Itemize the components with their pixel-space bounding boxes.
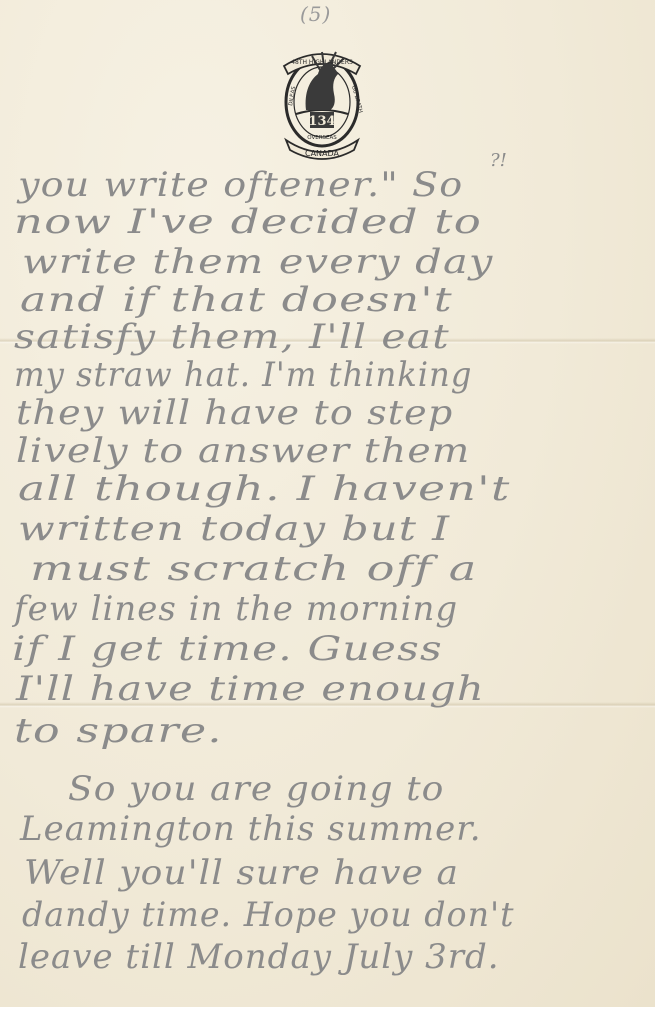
- letter-line: lively to answer them: [16, 434, 470, 468]
- letter-line: to spare.: [14, 714, 223, 748]
- svg-text:GU BRATH: GU BRATH: [350, 85, 363, 114]
- letter-line: now I've decided to: [14, 205, 482, 239]
- letter-line: must scratch off a: [30, 552, 478, 586]
- interlinear-mark: ?!: [490, 150, 507, 171]
- letter-line: dandy time. Hope you don't: [22, 898, 515, 932]
- svg-text:CANADA: CANADA: [305, 149, 340, 158]
- letter-line: and if that doesn't: [20, 283, 453, 317]
- svg-text:DILEAS: DILEAS: [288, 85, 297, 106]
- letter-page: (5) 134 48TH HIGHLANDERS CANADA OVERSEAS…: [0, 0, 655, 1007]
- letter-line: all though. I haven't: [18, 472, 511, 506]
- letter-line: few lines in the morning: [14, 592, 458, 626]
- regimental-crest-icon: 134 48TH HIGHLANDERS CANADA OVERSEAS DIL…: [276, 44, 368, 162]
- letter-line: they will have to step: [16, 396, 453, 430]
- page-number: (5): [300, 2, 331, 26]
- letter-line: Well you'll sure have a: [24, 856, 459, 890]
- svg-text:48TH HIGHLANDERS: 48TH HIGHLANDERS: [291, 59, 353, 66]
- letter-line: my straw hat. I'm thinking: [14, 358, 472, 392]
- svg-text:134: 134: [308, 114, 335, 129]
- letter-line: So you are going to: [68, 772, 444, 806]
- letter-line: if I get time. Guess: [12, 632, 443, 666]
- letter-line: you write oftener." So: [18, 168, 463, 202]
- letter-line: satisfy them, I'll eat: [14, 320, 450, 354]
- letter-line: Leamington this summer.: [20, 812, 482, 846]
- letter-line: leave till Monday July 3rd.: [18, 940, 500, 974]
- letter-line: I'll have time enough: [16, 672, 485, 706]
- letter-line: write them every day: [22, 245, 494, 279]
- letter-line: written today but I: [18, 512, 450, 546]
- svg-text:OVERSEAS: OVERSEAS: [307, 135, 337, 141]
